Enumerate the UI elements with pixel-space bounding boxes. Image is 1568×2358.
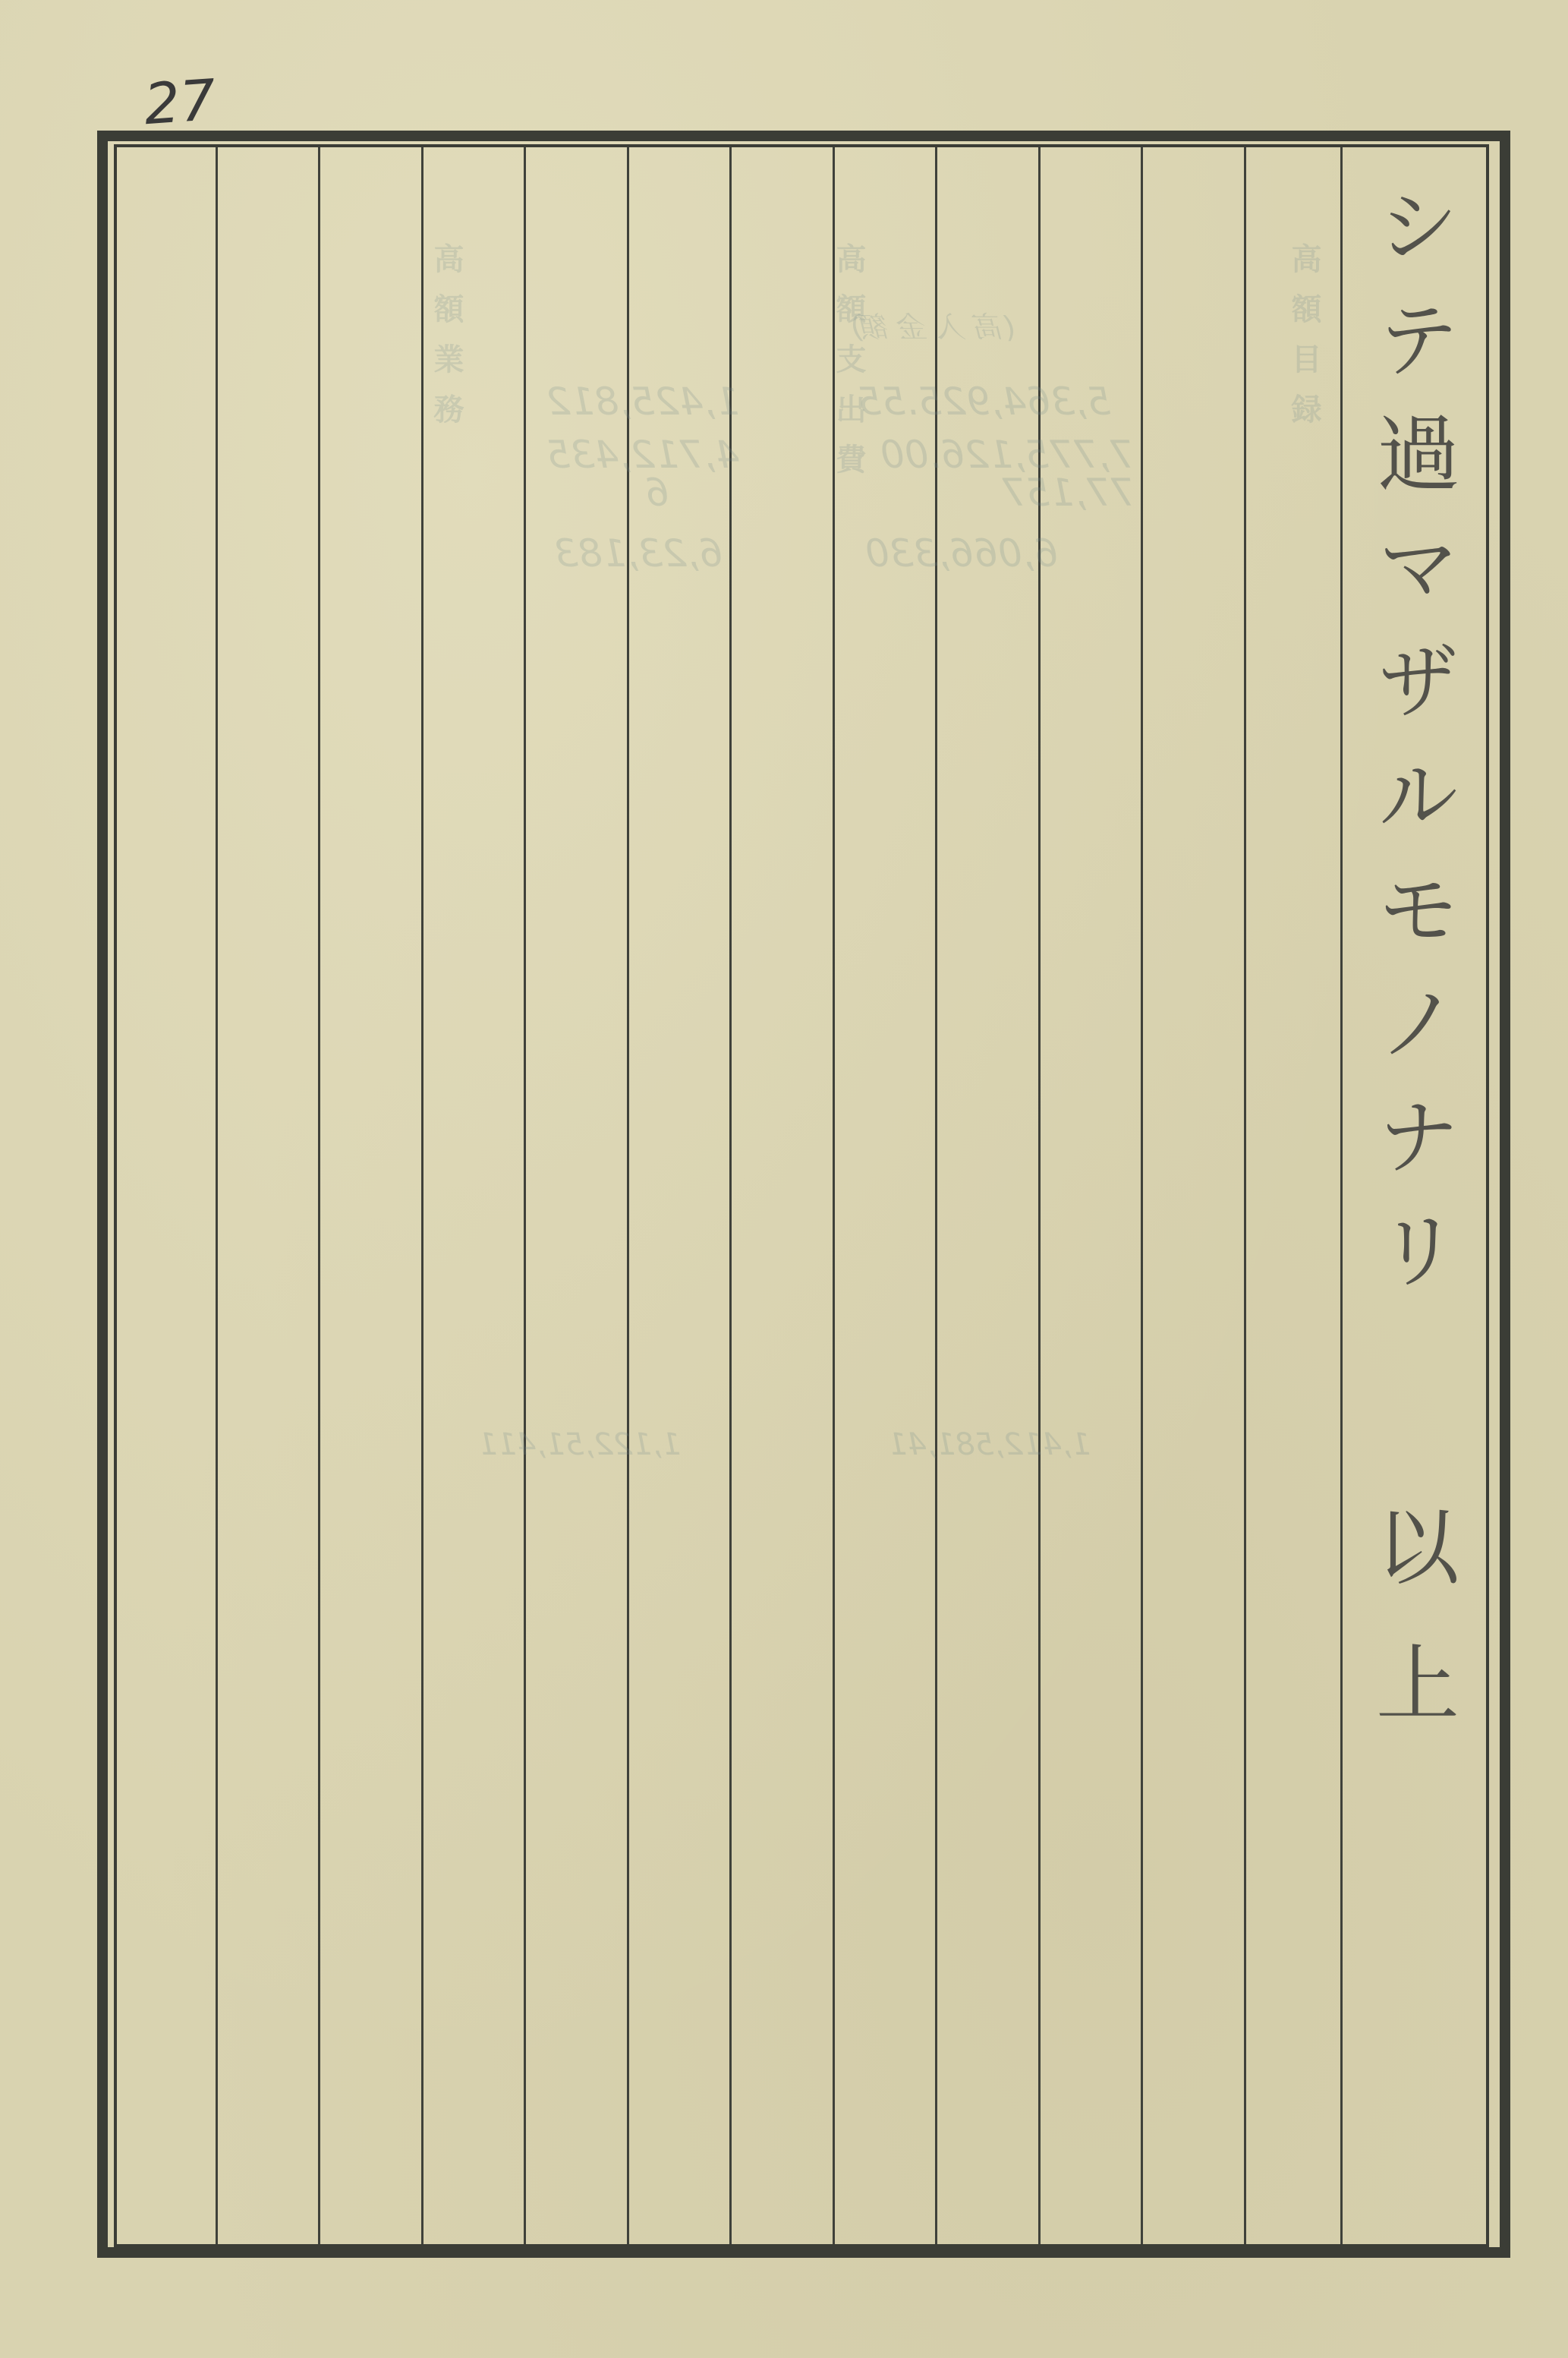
- handwritten-closing: 以上: [1351, 1503, 1471, 1776]
- ghost-figure: 1,425,812: [546, 380, 739, 424]
- ghost-figure: 6,23,183: [554, 531, 723, 575]
- ghost-figure: 77,157: [1002, 471, 1135, 515]
- ghost-subheader: (高 入 金 額): [850, 304, 1015, 345]
- handwritten-annotation: シテ過マザルモノナリ: [1332, 182, 1453, 1321]
- column-line: [1141, 147, 1143, 2244]
- ghost-total: 1,122,51,411: [478, 1427, 681, 1462]
- column-line: [421, 147, 423, 2244]
- ghost-figure: 6,066,330: [865, 531, 1058, 575]
- column-line: [1244, 147, 1246, 2244]
- page-number: 27: [142, 68, 218, 137]
- ghost-total: 1,412,581,41: [888, 1427, 1091, 1462]
- ghost-figure: 5,364,925.55: [858, 380, 1111, 424]
- column-line: [524, 147, 526, 2244]
- ghost-header: 高 額 目 録: [1283, 243, 1326, 428]
- ghost-figure: 4,712,435: [546, 433, 739, 477]
- column-line: [216, 147, 218, 2244]
- ghost-figure: 6: [645, 471, 669, 515]
- ghost-header: 高 額 支 出 費: [827, 243, 871, 478]
- column-line: [318, 147, 320, 2244]
- ghost-header: 高 額 業 務: [425, 243, 468, 428]
